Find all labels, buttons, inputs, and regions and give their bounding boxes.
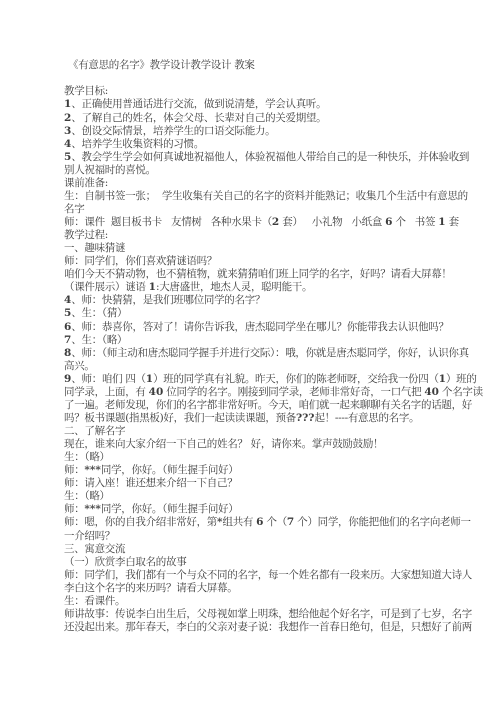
- text-line: 吗？板书课题(指黑板)好，我们一起读读课题，预备???起！----有意思的名字。: [64, 412, 444, 425]
- text-line: 同学录，上面，有 40 位同学的名字。刚接到同学录，老师非常好奇，一口气把 40…: [64, 386, 444, 399]
- document-page: 《有意思的名字》教学设计教学设计 教案 教学目标:1、正确使用普通话进行交流，做…: [0, 0, 496, 702]
- document-body: 教学目标:1、正确使用普通话进行交流，做到说清楚，学会认真听。2、了解自己的姓名…: [64, 85, 444, 634]
- text-line: 了一遍。老师发现，你们的名字都非常好听。今天，咱们就一起来聊聊有关名字的话题，好: [64, 399, 444, 412]
- text-line: （课件展示）谜语 1:大唐盛世，地杰人灵，聪明能干。: [64, 281, 444, 294]
- text-line: 课前准备:: [64, 177, 444, 190]
- text-line: 9、师：咱们 四（1）班的同学真有礼貌。昨天，你们的陈老师呀，交给我一份四（1）…: [64, 373, 444, 386]
- text-line: 师：同学们，你们喜欢猜谜语吗？: [64, 255, 444, 268]
- text-line: 生：看课件。: [64, 595, 444, 608]
- text-line: 二、了解名字: [64, 425, 444, 438]
- text-line: 师：嗯，你的自我介绍非常好，第*组共有 6 个（7 个）同学，你能把他们的名字向…: [64, 516, 444, 529]
- text-line: 师：***同学，你好。（师生握手问好）: [64, 464, 444, 477]
- text-line: 三、寓意交流: [64, 543, 444, 556]
- text-line: 8、师：（师主动和唐杰聪同学握手并进行交际）：哦，你就是唐杰聪同学，你好，认识你…: [64, 347, 444, 360]
- text-line: 3、创设交际情景，培养学生的口语交际能力。: [64, 125, 444, 138]
- text-line: 教学过程:: [64, 229, 444, 242]
- text-line: 7、生：（略）: [64, 334, 444, 347]
- text-line: 李白这个名字的来历吗？请看大屏幕。: [64, 582, 444, 595]
- text-line: 5、生：（猜）: [64, 307, 444, 320]
- text-line: 一、趣味猜谜: [64, 242, 444, 255]
- text-line: 6、师：恭喜你，答对了！请你告诉我，唐杰聪同学坐在哪儿？你能带我去认识他吗？: [64, 321, 444, 334]
- text-line: 师：请入座！谁还想来介绍一下自己？: [64, 477, 444, 490]
- text-line: 别人祝福时的喜悦。: [64, 164, 444, 177]
- text-line: 生：（略）: [64, 451, 444, 464]
- text-line: 生：（略）: [64, 490, 444, 503]
- text-line: 5、教会学生学会如何真诚地祝福他人，体验祝福他人带给自己的是一种快乐，并体验收到: [64, 151, 444, 164]
- text-line: 名字: [64, 203, 444, 216]
- document-title: 《有意思的名字》教学设计教学设计 教案: [68, 59, 255, 72]
- text-line: 师讲故事：传说李白出生后，父母视如掌上明珠，想给他起个好名字，可是到了七岁，名字: [64, 608, 444, 621]
- text-line: 高兴。: [64, 360, 444, 373]
- text-line: 2、了解自己的姓名，体会父母、长辈对自己的关爱期望。: [64, 112, 444, 125]
- text-line: 一介绍吗？: [64, 530, 444, 543]
- text-line: 4、师：快猜猜，是我们班哪位同学的名字？: [64, 294, 444, 307]
- text-line: 1、正确使用普通话进行交流，做到说清楚，学会认真听。: [64, 98, 444, 111]
- text-line: 生：自制书签一张； 学生收集有关自己的名字的资料并能熟记；收集几个生活中有意思的: [64, 190, 444, 203]
- text-line: 4、培养学生收集资料的习惯。: [64, 138, 444, 151]
- text-line: 咱们今天不猜动物，也不猜植物，就来猜猜咱们班上同学的名字，好吗？请看大屏幕！: [64, 268, 444, 281]
- text-line: 师：同学们，我们都有一个与众不同的名字，每一个姓名都有一段来历。大家想知道大诗人: [64, 569, 444, 582]
- text-line: 教学目标:: [64, 85, 444, 98]
- text-line: 还没起出来。那年春天，李白的父亲对妻子说：我想作一首春日绝句，但是，只想好了前两: [64, 621, 444, 634]
- text-line: 师：***同学，你好。（师生握手问好）: [64, 503, 444, 516]
- text-line: 现在，谁来向大家介绍一下自己的姓名？ 好，请你来。掌声鼓励鼓励！: [64, 438, 444, 451]
- text-line: （一）欣赏李白取名的故事: [64, 556, 444, 569]
- text-line: 师：课件 题目板书卡 友情树 各种水果卡（2 套） 小礼物 小纸盒 6 个 书签…: [64, 216, 444, 229]
